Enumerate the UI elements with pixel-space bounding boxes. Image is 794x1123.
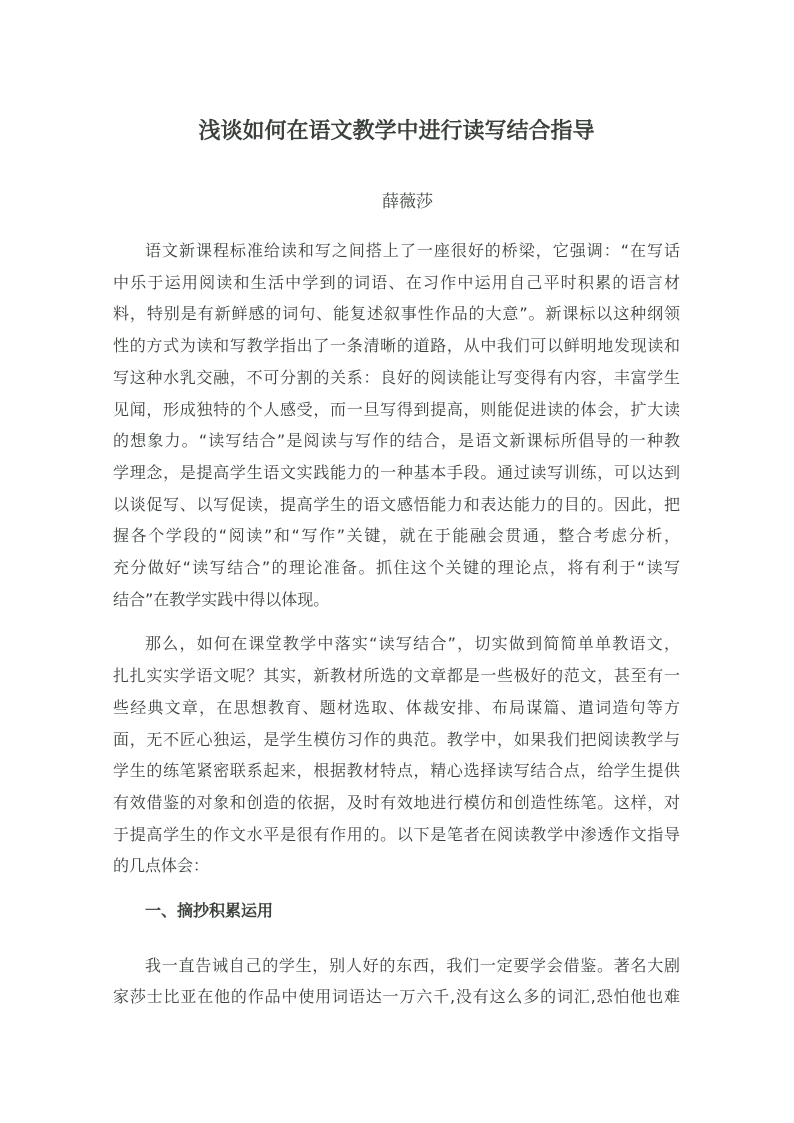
text-line: 些经典文章，在思想教育、题材选取、体裁安排、布局谋篇、遣词造句等方 <box>113 692 680 724</box>
text-line: 见闻，形成独特的个人感受，而一旦写得到提高，则能促进读的体会，扩大读 <box>113 394 680 426</box>
text-line: 以谈促写、以写促读，提高学生的语文感悟能力和表达能力的目的。因此，把 <box>113 489 680 521</box>
document-page: 浅谈如何在语文教学中进行读写结合指导 薛薇莎 语文新课程标准给读和写之间搭上了一… <box>0 0 794 1123</box>
section-heading: 一、摘抄积累运用 <box>113 895 680 927</box>
text-line: 面，无不匠心独运，是学生模仿习作的典范。教学中，如果我们把阅读教学与 <box>113 724 680 756</box>
text-line: 扎扎实实学语文呢？其实，新教材所选的文章都是一些极好的范文，甚至有一 <box>113 660 680 692</box>
text-line: 中乐于运用阅读和生活中学到的词语、在习作中运用自己平时积累的语言材 <box>113 267 680 299</box>
paragraph: 我一直告诫自己的学生，别人好的东西，我们一定要学会借鉴。著名大剧家莎士比亚在他的… <box>113 950 680 1013</box>
text-line: 学理念，是提高学生语文实践能力的一种基本手段。通过读写训练，可以达到 <box>113 457 680 489</box>
text-line: 于提高学生的作文水平是很有作用的。以下是笔者在阅读教学中渗透作文指导 <box>113 819 680 851</box>
text-line: 学生的练笔紧密联系起来，根据教材特点，精心选择读写结合点，给学生提供 <box>113 755 680 787</box>
paragraph: 那么，如何在课堂教学中落实“读写结合”，切实做到简简单单教语文，扎扎实实学语文呢… <box>113 628 680 882</box>
text-line: 性的方式为读和写教学指出了一条清晰的道路，从中我们可以鲜明地发现读和 <box>113 330 680 362</box>
text-line: 家莎士比亚在他的作品中使用词语达一万六千,没有这么多的词汇,恐怕他也难 <box>113 981 680 1013</box>
text-line: 写这种水乳交融，不可分割的关系：良好的阅读能让写变得有内容，丰富学生 <box>113 362 680 394</box>
document-body: 语文新课程标准给读和写之间搭上了一座很好的桥梁，它强调：“在写话中乐于运用阅读和… <box>113 235 680 1026</box>
text-line: 的几点体会： <box>113 850 680 882</box>
text-line: 充分做好“读写结合”的理论准备。抓住这个关键的理论点，将有利于“读写 <box>113 552 680 584</box>
text-line: 我一直告诫自己的学生，别人好的东西，我们一定要学会借鉴。著名大剧 <box>113 950 680 982</box>
text-line: 料，特别是有新鲜感的词句、能复述叙事性作品的大意”。新课标以这种纲领 <box>113 298 680 330</box>
text-line: 的想象力。“读写结合”是阅读与写作的结合，是语文新课标所倡导的一种教 <box>113 425 680 457</box>
text-line: 有效借鉴的对象和创造的依据，及时有效地进行模仿和创造性练笔。这样，对 <box>113 787 680 819</box>
text-line: 那么，如何在课堂教学中落实“读写结合”，切实做到简简单单教语文， <box>113 628 680 660</box>
document-title: 浅谈如何在语文教学中进行读写结合指导 <box>113 115 680 148</box>
text-line: 语文新课程标准给读和写之间搭上了一座很好的桥梁，它强调：“在写话 <box>113 235 680 267</box>
text-line: 结合”在教学实践中得以体现。 <box>113 584 680 616</box>
document-author: 薛薇莎 <box>124 189 691 215</box>
text-line: 握各个学段的“阅读”和“写作”关键，就在于能融会贯通，整合考虑分析， <box>113 520 680 552</box>
paragraph: 语文新课程标准给读和写之间搭上了一座很好的桥梁，它强调：“在写话中乐于运用阅读和… <box>113 235 680 615</box>
